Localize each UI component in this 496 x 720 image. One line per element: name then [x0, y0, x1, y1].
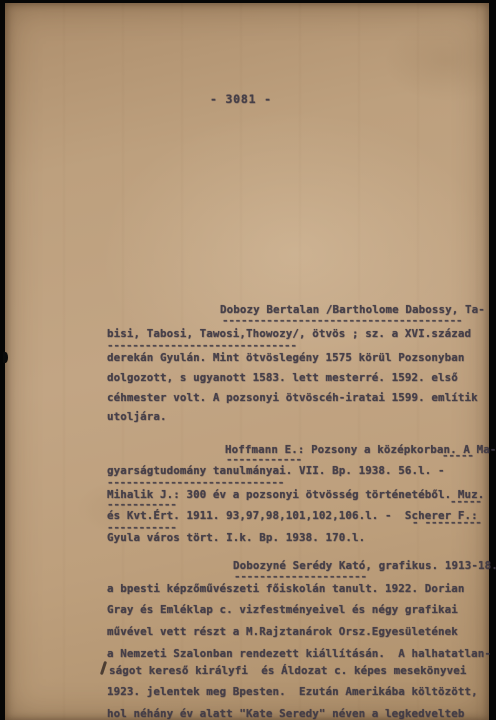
text-line: művével vett részt a M.Rajztanárok Orsz.…: [107, 625, 458, 638]
text-line: derekán Gyulán. Mint ötvöslegény 1575 kö…: [107, 351, 465, 364]
text-line: 1923. jelentek meg Bpesten. Ezután Ameri…: [107, 685, 478, 698]
page-number: - 3081 -: [210, 92, 272, 106]
underline-row: -----: [442, 452, 474, 460]
scan-edge-artifact: [3, 352, 8, 363]
text-line: Gyula város tört. I.k. Bp. 1938. 170.l.: [107, 531, 365, 544]
underline-row: ---------------------: [234, 573, 367, 581]
underline-row: -----------: [107, 501, 177, 509]
text-line: Gray és Emléklap c. vizfestményeivel és …: [107, 603, 458, 616]
underline-row: -----: [450, 498, 482, 506]
scanned-page: - 3081 - Dobozy Bertalan /Bartholome Dab…: [5, 3, 489, 720]
underline-row: ------------------------------: [107, 342, 297, 350]
text-line: hol néhány év alatt "Kate Seredy" néven …: [107, 707, 465, 720]
text-line: a bpesti képzőművészeti főiskolán tanult…: [107, 582, 465, 595]
text-line: a Nemzeti Szalonban rendezett kiállításá…: [107, 647, 491, 660]
text-line: céhmester volt. A pozsonyi ötvöscéh-irat…: [107, 391, 478, 404]
underline-row: --------------------------------------: [222, 317, 462, 325]
text-line: utoljára.: [107, 410, 167, 423]
underline-row: ----------------------------: [107, 479, 284, 487]
underline-row: ------------: [226, 456, 302, 464]
text-line: dolgozott, s ugyanott 1583. lett mesterr…: [107, 371, 458, 384]
ink-mark: [100, 661, 107, 675]
underline-row: - ---------: [412, 519, 482, 527]
scan-viewport: - 3081 - Dobozy Bertalan /Bartholome Dab…: [0, 0, 496, 720]
text-line: ságot kereső királyfi és Áldozat c. képe…: [109, 664, 467, 677]
